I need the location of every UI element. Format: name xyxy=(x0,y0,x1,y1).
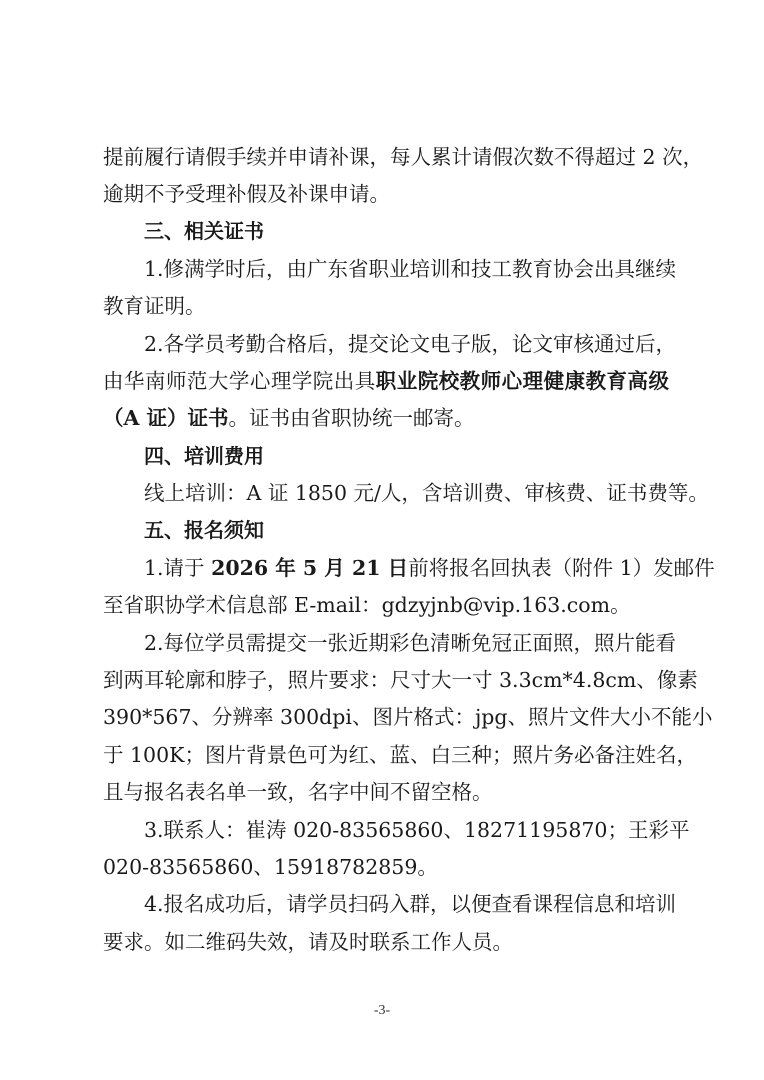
section-heading-certificates: 三、相关证书 xyxy=(144,216,669,246)
body-text: 。证书由省职协统一邮寄。 xyxy=(229,406,475,430)
page-number: -3- xyxy=(0,1003,764,1019)
body-line: （A 证）证书。证书由省职协统一邮寄。 xyxy=(103,403,669,433)
body-line: 提前履行请假手续并申请补课，每人累计请假次数不得超过 2 次， xyxy=(103,142,669,172)
body-line: 2.各学员考勤合格后，提交论文电子版，论文审核通过后， xyxy=(144,329,669,359)
body-line: 于 100K；图片背景色可为红、蓝、白三种；照片务必备注姓名， xyxy=(103,740,669,770)
body-line: 020-83565860、15918782859。 xyxy=(103,852,669,882)
body-line: 1.修满学时后，由广东省职业培训和技工教育协会出具继续 xyxy=(144,254,669,284)
body-text: 至省职协学术信息部 E-mail： xyxy=(103,593,382,617)
body-line: 1.请于 2026 年 5 月 21 日前将报名回执表（附件 1）发邮件 xyxy=(144,553,669,583)
section-heading-fees: 四、培训费用 xyxy=(144,441,669,471)
body-line: 要求。如二维码失效，请及时联系工作人员。 xyxy=(103,927,669,957)
body-text: 前将报名回执表（附件 1）发邮件 xyxy=(408,556,715,580)
body-line: 由华南师范大学心理学院出具职业院校教师心理健康教育高级 xyxy=(103,366,669,396)
certificate-name-bold: （A 证）证书 xyxy=(103,406,229,430)
body-line: 至省职协学术信息部 E-mail：gdzyjnb@vip.163.com。 xyxy=(103,590,669,620)
certificate-name-bold: 职业院校教师心理健康教育高级 xyxy=(376,369,669,393)
body-line: 2.每位学员需提交一张近期彩色清晰免冠正面照，照片能看 xyxy=(144,628,669,658)
body-line: 教育证明。 xyxy=(103,291,669,321)
body-line: 逾期不予受理补假及补课申请。 xyxy=(103,179,669,209)
body-text: 由华南师范大学心理学院出具 xyxy=(103,369,376,393)
body-line: 390*567、分辨率 300dpi、图片格式：jpg、照片文件大小不能小 xyxy=(103,702,669,732)
body-line: 3.联系人：崔涛 020-83565860、18271195870；王彩平 xyxy=(144,815,669,845)
body-text: 。 xyxy=(610,593,631,617)
section-heading-registration: 五、报名须知 xyxy=(144,515,669,545)
document-page: 提前履行请假手续并申请补课，每人累计请假次数不得超过 2 次， 逾期不予受理补假… xyxy=(0,0,764,1080)
body-line: 4.报名成功后，请学员扫码入群，以便查看课程信息和培训 xyxy=(144,889,669,919)
email-link[interactable]: gdzyjnb@vip.163.com xyxy=(382,593,611,617)
body-line: 且与报名表名单一致，名字中间不留空格。 xyxy=(103,777,669,807)
body-line: 到两耳轮廓和脖子，照片要求：尺寸大一寸 3.3cm*4.8cm、像素 xyxy=(103,665,669,695)
deadline-date-bold: 2026 年 5 月 21 日 xyxy=(211,556,408,580)
body-line: 线上培训：A 证 1850 元/人，含培训费、审核费、证书费等。 xyxy=(144,478,669,508)
body-text: 1.请于 xyxy=(144,556,211,580)
